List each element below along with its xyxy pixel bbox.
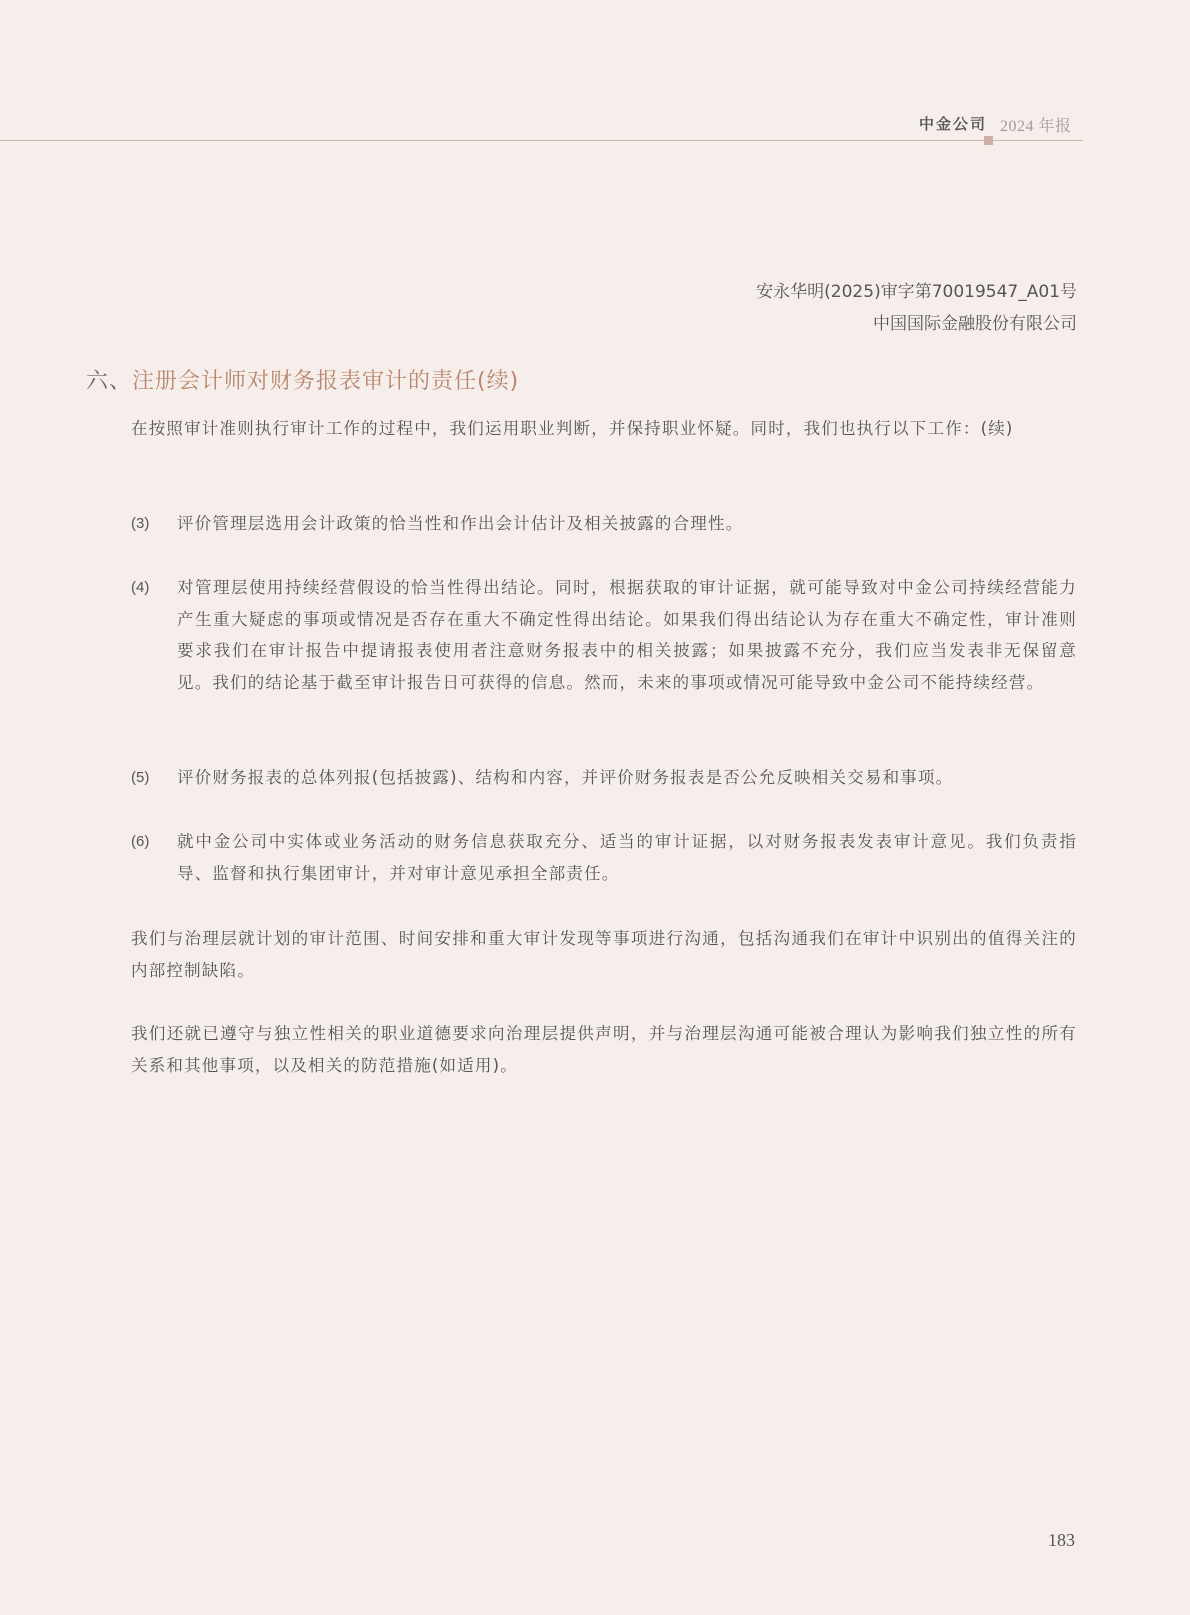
- header-square-marker: [984, 136, 993, 145]
- list-item-text: 就中金公司中实体或业务活动的财务信息获取充分、适当的审计证据，以对财务报表发表审…: [177, 826, 1077, 889]
- list-item-marker: (4): [131, 572, 149, 604]
- communication-paragraph-container: 我们与治理层就计划的审计范围、时间安排和重大审计发现等事项进行沟通，包括沟通我们…: [131, 923, 1077, 986]
- list-item: (5) 评价财务报表的总体列报(包括披露)、结构和内容，并评价财务报表是否公允反…: [131, 762, 1077, 794]
- list-item: (4) 对管理层使用持续经营假设的恰当性得出结论。同时，根据获取的审计证据，就可…: [131, 572, 1077, 698]
- page-number: 183: [1048, 1530, 1075, 1551]
- reference-block: 安永华明(2025)审字第70019547_A01号 中国国际金融股份有限公司: [756, 276, 1077, 340]
- header-report-year: 2024 年报: [1000, 113, 1072, 136]
- list-item-marker: (5): [131, 762, 149, 794]
- list-item-marker: (6): [131, 826, 149, 858]
- list-item-text: 评价管理层选用会计政策的恰当性和作出会计估计及相关披露的合理性。: [177, 508, 1077, 540]
- list-item: (3) 评价管理层选用会计政策的恰当性和作出会计估计及相关披露的合理性。: [131, 508, 1077, 540]
- client-name: 中国国际金融股份有限公司: [756, 308, 1077, 340]
- list-item-marker: (3): [131, 508, 149, 540]
- intro-paragraph: 在按照审计准则执行审计工作的过程中，我们运用职业判断，并保持职业怀疑。同时，我们…: [131, 413, 1077, 445]
- header-divider: [0, 140, 1083, 141]
- independence-paragraph: 我们还就已遵守与独立性相关的职业道德要求向治理层提供声明，并与治理层沟通可能被合…: [131, 1018, 1077, 1081]
- list-item-text: 对管理层使用持续经营假设的恰当性得出结论。同时，根据获取的审计证据，就可能导致对…: [177, 572, 1077, 698]
- independence-paragraph-container: 我们还就已遵守与独立性相关的职业道德要求向治理层提供声明，并与治理层沟通可能被合…: [131, 1018, 1077, 1081]
- intro-paragraph-container: 在按照审计准则执行审计工作的过程中，我们运用职业判断，并保持职业怀疑。同时，我们…: [131, 413, 1077, 445]
- section-number: 六、: [86, 369, 132, 394]
- list-item-text: 评价财务报表的总体列报(包括披露)、结构和内容，并评价财务报表是否公允反映相关交…: [177, 762, 1077, 794]
- communication-paragraph: 我们与治理层就计划的审计范围、时间安排和重大审计发现等事项进行沟通，包括沟通我们…: [131, 923, 1077, 986]
- section-title: 六、注册会计师对财务报表审计的责任(续): [86, 364, 519, 395]
- section-title-text: 注册会计师对财务报表审计的责任(续): [132, 369, 519, 394]
- audit-report-number: 安永华明(2025)审字第70019547_A01号: [756, 276, 1077, 308]
- list-item: (6) 就中金公司中实体或业务活动的财务信息获取充分、适当的审计证据，以对财务报…: [131, 826, 1077, 889]
- header-company-name: 中金公司: [919, 113, 987, 134]
